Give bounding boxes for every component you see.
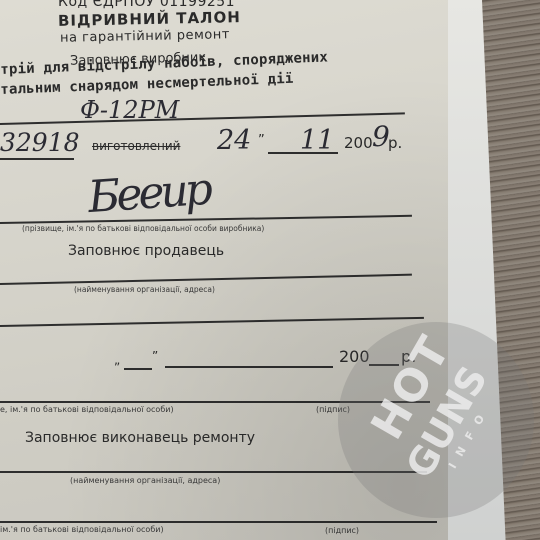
seller-day-line [124, 368, 152, 370]
signature-caption: (прізвище, ім.'я по батькові відповідаль… [22, 224, 264, 233]
seller-heading: Заповнює продавець [68, 243, 224, 259]
day-close-quote: ” [258, 133, 265, 148]
seller-org-line [0, 274, 412, 285]
signature-line [0, 215, 412, 224]
repair-person-caption: ім.'я по батькові відповідальної особи) [0, 525, 164, 534]
seller-org-caption: (найменування організації, адреса) [74, 285, 215, 294]
serial-line [0, 158, 74, 160]
month-line [268, 152, 338, 154]
seller-month-line [165, 366, 333, 368]
year-prefix: 200 [344, 134, 373, 152]
manufactured-label: виготовлений [92, 139, 180, 153]
repair-heading: Заповнює виконавець ремонту [25, 430, 255, 446]
serial-number-handwritten: 32918 [0, 128, 80, 157]
repair-person-line [0, 521, 437, 523]
year-suffix: р. [388, 134, 402, 152]
day-handwritten: 24 [217, 125, 251, 156]
repair-signature-caption: (підпис) [325, 526, 359, 535]
coupon-subtitle: на гарантійний ремонт [60, 27, 230, 46]
seller-date-close-quote: ” [152, 349, 158, 363]
seller-org-line-2 [0, 317, 424, 327]
model-line [0, 112, 405, 125]
seller-person-caption: е, ім.'я по батькові відповідальної особ… [0, 405, 174, 414]
repair-org-caption: (найменування організації, адреса) [70, 476, 220, 485]
manufacturer-signature: Бееир [86, 164, 210, 223]
seller-date-open-quote: „ [114, 353, 120, 367]
hotguns-watermark: HOT GUNS I N F O [338, 322, 534, 518]
